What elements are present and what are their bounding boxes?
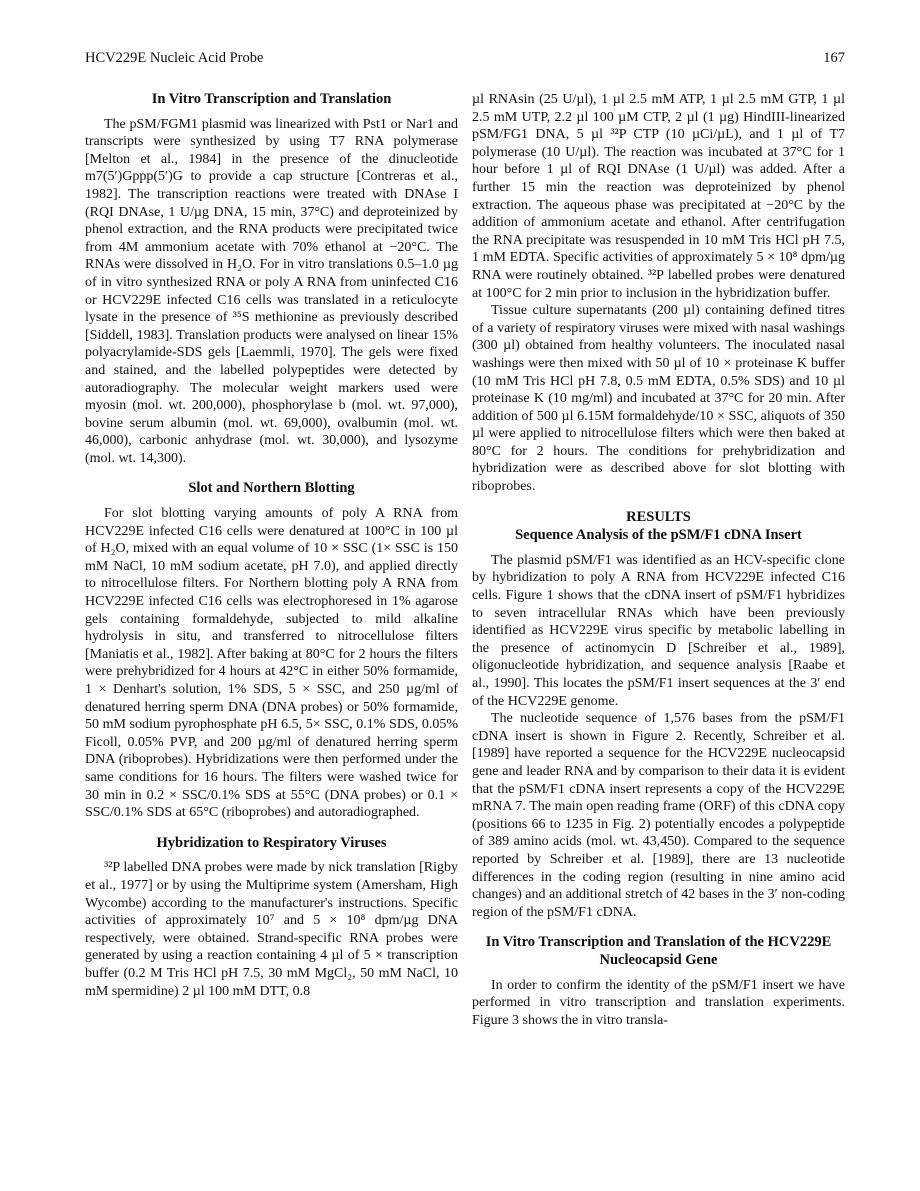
right-column: µl RNAsin (25 U/µl), 1 µl 2.5 mM ATP, 1 … (472, 91, 845, 1029)
paragraph-sequence-analysis-2: The nucleotide sequence of 1,576 bases f… (472, 710, 845, 921)
two-column-layout: In Vitro Transcription and Translation T… (85, 91, 845, 1029)
running-title: HCV229E Nucleic Acid Probe (85, 50, 263, 67)
section-heading-in-vitro-nucleocapsid: In Vitro Transcription and Translation o… (472, 934, 845, 969)
paragraph-hybridization-methods-continued: µl RNAsin (25 U/µl), 1 µl 2.5 mM ATP, 1 … (472, 91, 845, 302)
paragraph-hybridization-methods: ³²P labelled DNA probes were made by nic… (85, 859, 458, 1000)
section-heading-results: RESULTS (472, 509, 845, 527)
section-heading-sequence-analysis: Sequence Analysis of the pSM/F1 cDNA Ins… (472, 527, 845, 545)
paper-page: HCV229E Nucleic Acid Probe 167 In Vitro … (0, 0, 920, 1191)
left-column: In Vitro Transcription and Translation T… (85, 91, 458, 1029)
running-head: HCV229E Nucleic Acid Probe 167 (85, 50, 845, 67)
page-number: 167 (823, 50, 845, 67)
paragraph-in-vitro-nucleocapsid: In order to confirm the identity of the … (472, 977, 845, 1030)
section-heading-in-vitro-transcription: In Vitro Transcription and Translation (85, 91, 458, 109)
section-heading-slot-northern-blotting: Slot and Northern Blotting (85, 480, 458, 498)
paragraph-tissue-culture: Tissue culture supernatants (200 µl) con… (472, 302, 845, 496)
paragraph-sequence-analysis-1: The plasmid pSM/F1 was identified as an … (472, 552, 845, 710)
section-heading-hybridization-respiratory-viruses: Hybridization to Respiratory Viruses (85, 835, 458, 853)
paragraph-blotting-methods: For slot blotting varying amounts of pol… (85, 505, 458, 822)
paragraph-transcription-methods: The pSM/FGM1 plasmid was linearized with… (85, 116, 458, 468)
